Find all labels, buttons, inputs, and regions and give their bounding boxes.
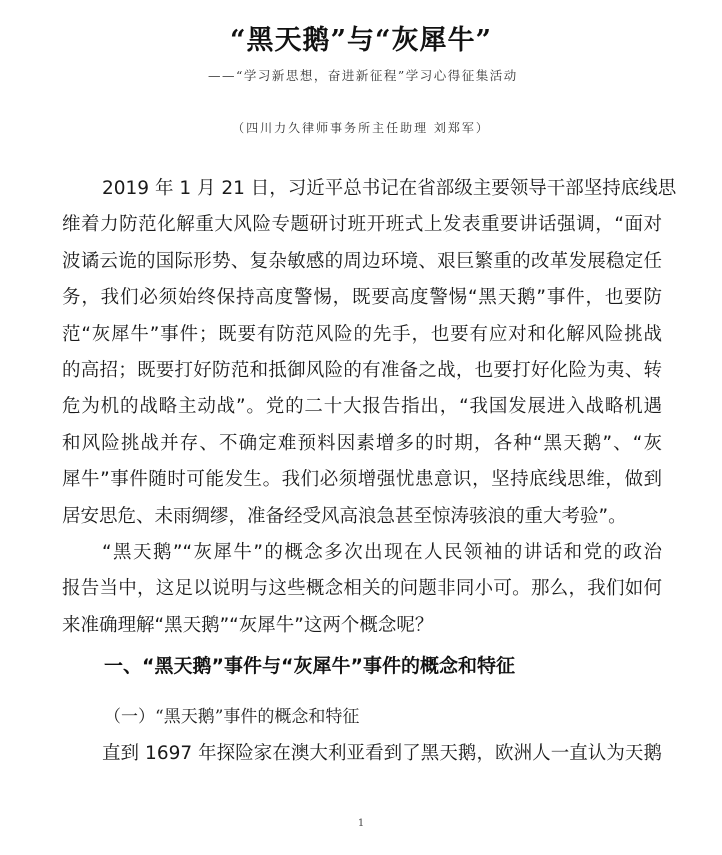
body-paragraph-1: 2019 年 1 月 21 日，习近平总书记在省部级主要领导干部坚持底线思 维着…	[62, 171, 662, 535]
body-paragraph-2: “黑天鹅”“灰犀牛”的概念多次出现在人民领袖的讲话和党的政治 报告当中，这足以说…	[62, 535, 662, 644]
page-number: 1	[0, 818, 722, 829]
paragraph-line: 来准确理解“黑天鹅”“灰犀牛”这两个概念呢？	[62, 608, 662, 644]
paragraph-line: 范“灰犀牛”事件；既要有防范风险的先手，也要有应对和化解风险挑战	[62, 317, 662, 353]
document-subtitle: ——“学习新思想，奋进新征程”学习心得征集活动	[208, 66, 518, 84]
document-author: （四川力久律师事务所主任助理 刘郑军）	[0, 119, 722, 136]
body-paragraph-3: 直到 1697 年探险家在澳大利亚看到了黑天鹅，欧洲人一直认为天鹅	[62, 736, 662, 772]
paragraph-line: 2019 年 1 月 21 日，习近平总书记在省部级主要领导干部坚持底线思	[62, 171, 662, 207]
document-title: “黑天鹅”与“灰犀牛”	[0, 18, 722, 57]
document-page: “黑天鹅”与“灰犀牛” ——“学习新思想，奋进新征程”学习心得征集活动 （四川力…	[0, 0, 722, 855]
paragraph-line: 报告当中，这足以说明与这些概念相关的问题非同小可。那么，我们如何	[62, 571, 662, 607]
paragraph-line: 波谲云诡的国际形势、复杂敏感的周边环境、艰巨繁重的改革发展稳定任	[62, 244, 662, 280]
section-heading: 一、“黑天鹅”事件与“灰犀牛”事件的概念和特征	[104, 651, 515, 678]
paragraph-line: 直到 1697 年探险家在澳大利亚看到了黑天鹅，欧洲人一直认为天鹅	[62, 736, 662, 772]
paragraph-line: 居安思危、未雨绸缪，准备经受风高浪急甚至惊涛骇浪的重大考验”。	[62, 499, 662, 535]
paragraph-line: “黑天鹅”“灰犀牛”的概念多次出现在人民领袖的讲话和党的政治	[62, 535, 662, 571]
paragraph-line: 维着力防范化解重大风险专题研讨班开班式上发表重要讲话强调，“面对	[62, 207, 662, 243]
paragraph-line: 务，我们必须始终保持高度警惕，既要高度警惕“黑天鹅”事件，也要防	[62, 280, 662, 316]
paragraph-line: 犀牛”事件随时可能发生。我们必须增强忧患意识，坚持底线思维，做到	[62, 462, 662, 498]
subsection-heading: （一）“黑天鹅”事件的概念和特征	[104, 702, 359, 727]
paragraph-line: 和风险挑战并存、不确定难预料因素增多的时期，各种“黑天鹅”、“灰	[62, 426, 662, 462]
paragraph-line: 的高招；既要打好防范和抵御风险的有准备之战，也要打好化险为夷、转	[62, 353, 662, 389]
paragraph-line: 危为机的战略主动战”。党的二十大报告指出，“我国发展进入战略机遇	[62, 389, 662, 425]
